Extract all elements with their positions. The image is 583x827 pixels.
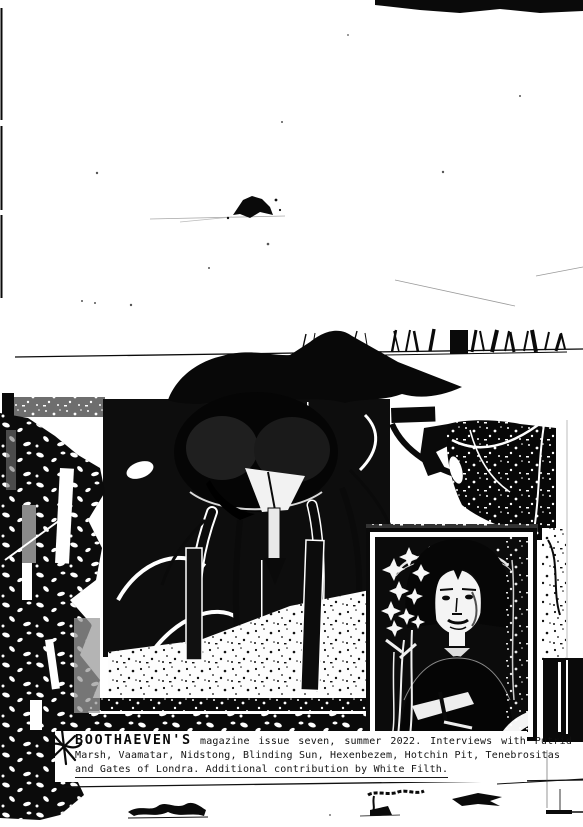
hand-drawn-star-icon (46, 726, 84, 768)
issue-info: magazine issue seven, summer 2022. Inter… (200, 736, 572, 747)
closing-credit: and Gates of Londra. Additional contribu… (75, 763, 448, 779)
band-names: Marsh, Vaamatar, Nidstong, Blinding Sun,… (75, 750, 560, 761)
top-edge-marks (0, 0, 583, 306)
masthead-line-1: BOOTHAEVEN'S magazine issue seven, summe… (75, 733, 527, 749)
zine-cover: BOOTHAEVEN'S magazine issue seven, summe… (0, 0, 583, 827)
collage-artwork (0, 0, 583, 827)
masthead-text-panel: BOOTHAEVEN'S magazine issue seven, summe… (55, 731, 527, 782)
masthead-line-3: and Gates of Londra. Additional contribu… (75, 763, 527, 779)
magazine-title: BOOTHAEVEN'S (75, 732, 192, 748)
masthead-line-2: Marsh, Vaamatar, Nidstong, Blinding Sun,… (75, 749, 527, 763)
